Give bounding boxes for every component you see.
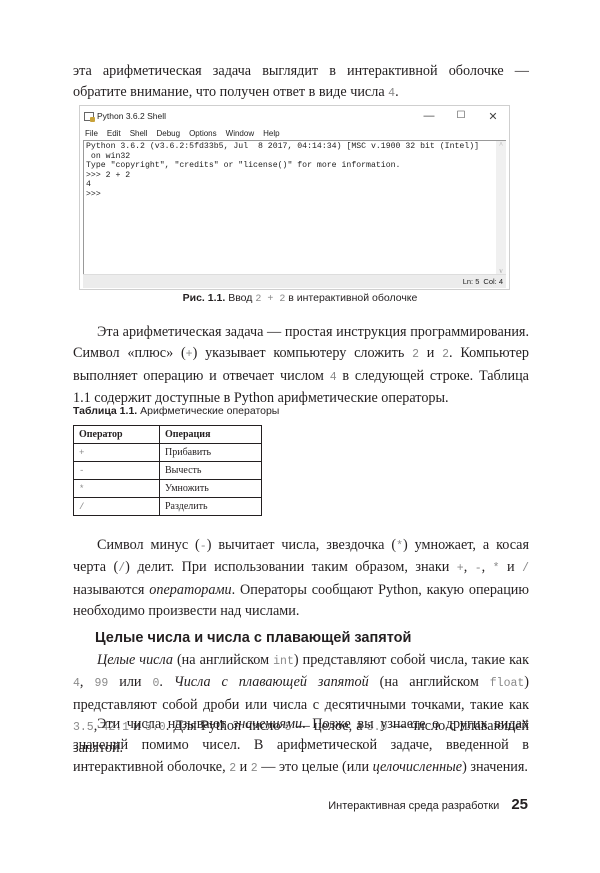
emphasis: операторами [149,582,231,598]
text: и [500,559,523,575]
page-number: 25 [511,796,528,813]
shell-line: on win32 [86,152,479,162]
table-header-row: Оператор Операция [74,426,262,444]
intro-text: эта арифметическая задача выглядит в инт… [73,63,529,100]
text: и [419,345,442,361]
text: ) указывает компьютеру сложить [193,345,413,361]
menu-shell[interactable]: Shell [130,129,148,138]
paragraph-values: Эти числа называют значениями. Позже вы … [73,714,529,779]
table-row: +Прибавить [74,444,262,462]
menu-window[interactable]: Window [226,129,254,138]
inline-code: 2 + 2 [255,294,285,305]
menu-help[interactable]: Help [263,129,279,138]
python-shell-screenshot: Python 3.6.2 Shell — ☐ ✕ File Edit Shell… [79,105,510,290]
operation-cell: Разделить [160,498,262,516]
emphasis: Числа с плавающей запятой [174,674,369,690]
inline-code: - [200,540,207,553]
caption-text-end: в интерактивной оболочке [285,292,417,304]
column-indicator: Col: 4 [483,277,503,286]
text: или [108,674,152,690]
shell-window-title: Python 3.6.2 Shell [97,111,166,121]
paragraph-operators: Символ минус (-) вычитает числа, звездоч… [73,535,529,622]
inline-code: 99 [94,677,108,690]
table-caption-text: Арифметические операторы [137,405,279,417]
text: ) значения. [462,759,528,775]
operator-cell: / [74,498,160,516]
text: ) представляют собой числа, такие как [294,652,529,668]
table-label: Таблица 1.1. [73,405,137,417]
shell-line: Python 3.6.2 (v3.6.2:5fd33b5, Jul 8 2017… [86,142,479,152]
menu-options[interactable]: Options [189,129,217,138]
table-row: -Вычесть [74,462,262,480]
running-title: Интерактивная среда разработки [328,800,499,812]
shell-title-bar: Python 3.6.2 Shell — ☐ ✕ [80,106,509,126]
inline-code: 4 [330,371,337,384]
shell-menu-bar: File Edit Shell Debug Options Window Hel… [80,126,509,140]
page-footer: Интерактивная среда разработки 25 [328,796,528,813]
text: и [236,759,251,775]
text: Символ минус ( [97,537,200,553]
inline-code: float [490,677,525,690]
inline-code: + [457,562,464,575]
column-header-operator: Оператор [74,426,160,444]
shell-status-bar: Ln: 5 Col: 4 [83,274,506,288]
text: (на английском [369,674,490,690]
inline-code: + [186,348,193,361]
minimize-icon[interactable]: — [413,110,445,123]
inline-code: / [522,562,529,575]
text: . [159,674,174,690]
python-app-icon [84,112,94,121]
inline-code: - [475,562,482,575]
operation-cell: Умножить [160,480,262,498]
inline-code: * [493,562,500,575]
caption-text: Ввод [225,292,255,304]
operator-cell: - [74,462,160,480]
emphasis: Целые числа [97,652,173,668]
table-caption: Таблица 1.1. Арифметические операторы [73,405,279,417]
intro-paragraph: эта арифметическая задача выглядит в инт… [73,61,529,105]
operation-cell: Вычесть [160,462,262,480]
paragraph-arithmetic: Эта арифметическая задача — простая инст… [73,322,529,409]
text: ) вычитает числа, звездочка ( [207,537,396,553]
scroll-up-icon[interactable]: ^ [496,141,506,149]
window-controls: — ☐ ✕ [413,110,509,123]
text: — это целые (или [258,759,373,775]
column-header-operation: Операция [160,426,262,444]
text: , [464,559,475,575]
close-icon[interactable]: ✕ [477,110,509,123]
table-row: *Умножить [74,480,262,498]
operator-cell: + [74,444,160,462]
figure-label: Рис. 1.1. [183,292,226,304]
line-indicator: Ln: 5 [463,277,480,286]
inline-code: 4 [73,677,80,690]
text: Эти числа называют [97,716,233,732]
emphasis: целочисленные [373,759,462,775]
inline-code: 2 [442,348,449,361]
text: ) делит. При использовании таким образом… [125,559,457,575]
shell-line: Type "copyright", "credits" or "license(… [86,161,479,171]
operators-table: Оператор Операция +Прибавить -Вычесть *У… [73,425,262,516]
figure-caption: Рис. 1.1. Ввод 2 + 2 в интерактивной обо… [0,292,600,305]
operator-cell: * [74,480,160,498]
menu-edit[interactable]: Edit [107,129,121,138]
text: , [482,559,493,575]
inline-code: 2 [251,762,258,775]
intro-text-end: . [395,84,399,100]
shell-line: >>> 2 + 2 [86,171,479,181]
vertical-scrollbar[interactable]: ^ v [496,141,506,275]
inline-code: * [396,540,403,553]
text: , [80,674,95,690]
text: (на английском [173,652,273,668]
inline-code: int [273,655,294,668]
shell-output: Python 3.6.2 (v3.6.2:5fd33b5, Jul 8 2017… [86,142,479,200]
text: называются [73,582,149,598]
shell-line: 4 [86,180,479,190]
operation-cell: Прибавить [160,444,262,462]
maximize-icon[interactable]: ☐ [445,110,477,123]
section-heading: Целые числа и числа с плавающей запятой [95,630,411,646]
inline-code: 2 [412,348,419,361]
menu-debug[interactable]: Debug [156,129,180,138]
table-row: /Разделить [74,498,262,516]
shell-line: >>> [86,190,479,200]
menu-file[interactable]: File [85,129,98,138]
shell-console[interactable]: Python 3.6.2 (v3.6.2:5fd33b5, Jul 8 2017… [83,140,506,275]
emphasis: значениями [233,716,302,732]
